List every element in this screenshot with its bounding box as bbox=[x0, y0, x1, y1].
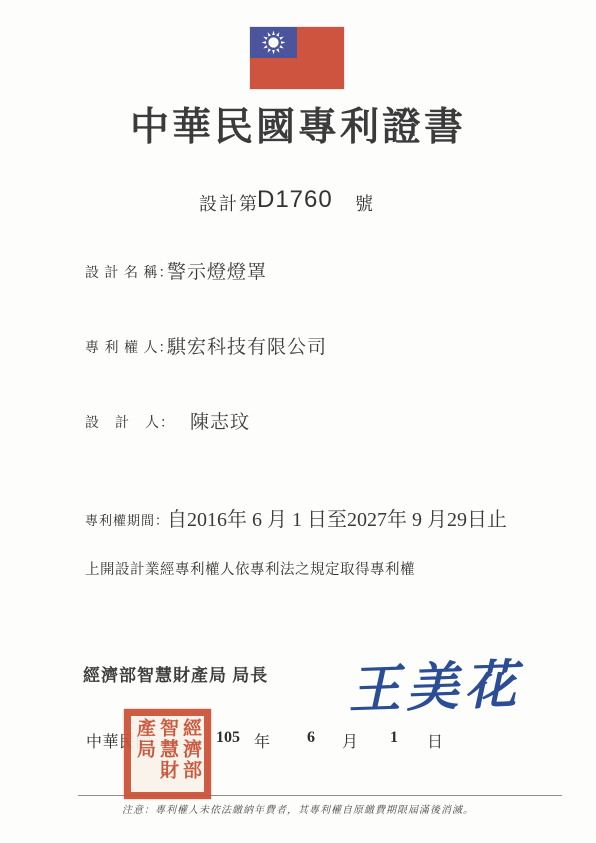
date-day: 1 bbox=[390, 729, 398, 747]
designer-value: 陳志玟 bbox=[190, 407, 250, 434]
date-month: 6 bbox=[307, 729, 315, 747]
white-sun-icon bbox=[260, 29, 287, 56]
date-month-unit: 月 bbox=[342, 729, 358, 752]
certificate-page: 中華民國專利證書 設計第 D1760 號 設 計 名 稱： 警示燈燈罩 專 利 … bbox=[0, 0, 596, 843]
design-name-value: 警示燈燈罩 bbox=[167, 257, 267, 284]
patent-term-label: 專利權期間： bbox=[85, 510, 169, 529]
seal-column-middle: 智慧財 bbox=[158, 718, 177, 790]
cert-number-suffix: 號 bbox=[355, 190, 373, 216]
patentee-value: 騏宏科技有限公司 bbox=[167, 332, 327, 359]
certificate-title: 中華民國專利證書 bbox=[0, 96, 596, 152]
director-general-signature: 王美花 bbox=[347, 642, 524, 723]
taiwan-flag bbox=[250, 27, 344, 89]
seal-column-left: 產局 bbox=[135, 718, 154, 790]
footnote-text: 注意：專利權人未依法繳納年費者，其專利權自原繳費期限屆滿後消滅。 bbox=[0, 801, 596, 816]
date-year-unit: 年 bbox=[254, 729, 270, 752]
official-agency-seal: 經濟部 智慧財 產局 bbox=[124, 709, 211, 799]
date-day-unit: 日 bbox=[427, 729, 443, 752]
grant-statement: 上開設計業經專利權人依專利法之規定取得專利權 bbox=[85, 558, 415, 579]
issuing-office-title: 經濟部智慧財產局 局長 bbox=[83, 661, 268, 686]
seal-column-right: 經濟部 bbox=[181, 718, 200, 790]
flag-canton bbox=[250, 27, 297, 58]
cert-number-prefix: 設計第 bbox=[199, 190, 259, 216]
patentee-label: 專 利 權 人： bbox=[85, 337, 174, 357]
date-year: 105 bbox=[216, 729, 240, 747]
patent-term-value: 自2016年 6 月 1 日至2027年 9 月29日止 bbox=[167, 503, 507, 532]
seal-inner-face: 經濟部 智慧財 產局 bbox=[131, 716, 204, 792]
design-name-label: 設 計 名 稱： bbox=[85, 262, 174, 282]
designer-label: 設 計 人： bbox=[85, 412, 175, 432]
cert-number: D1760 bbox=[257, 186, 333, 214]
